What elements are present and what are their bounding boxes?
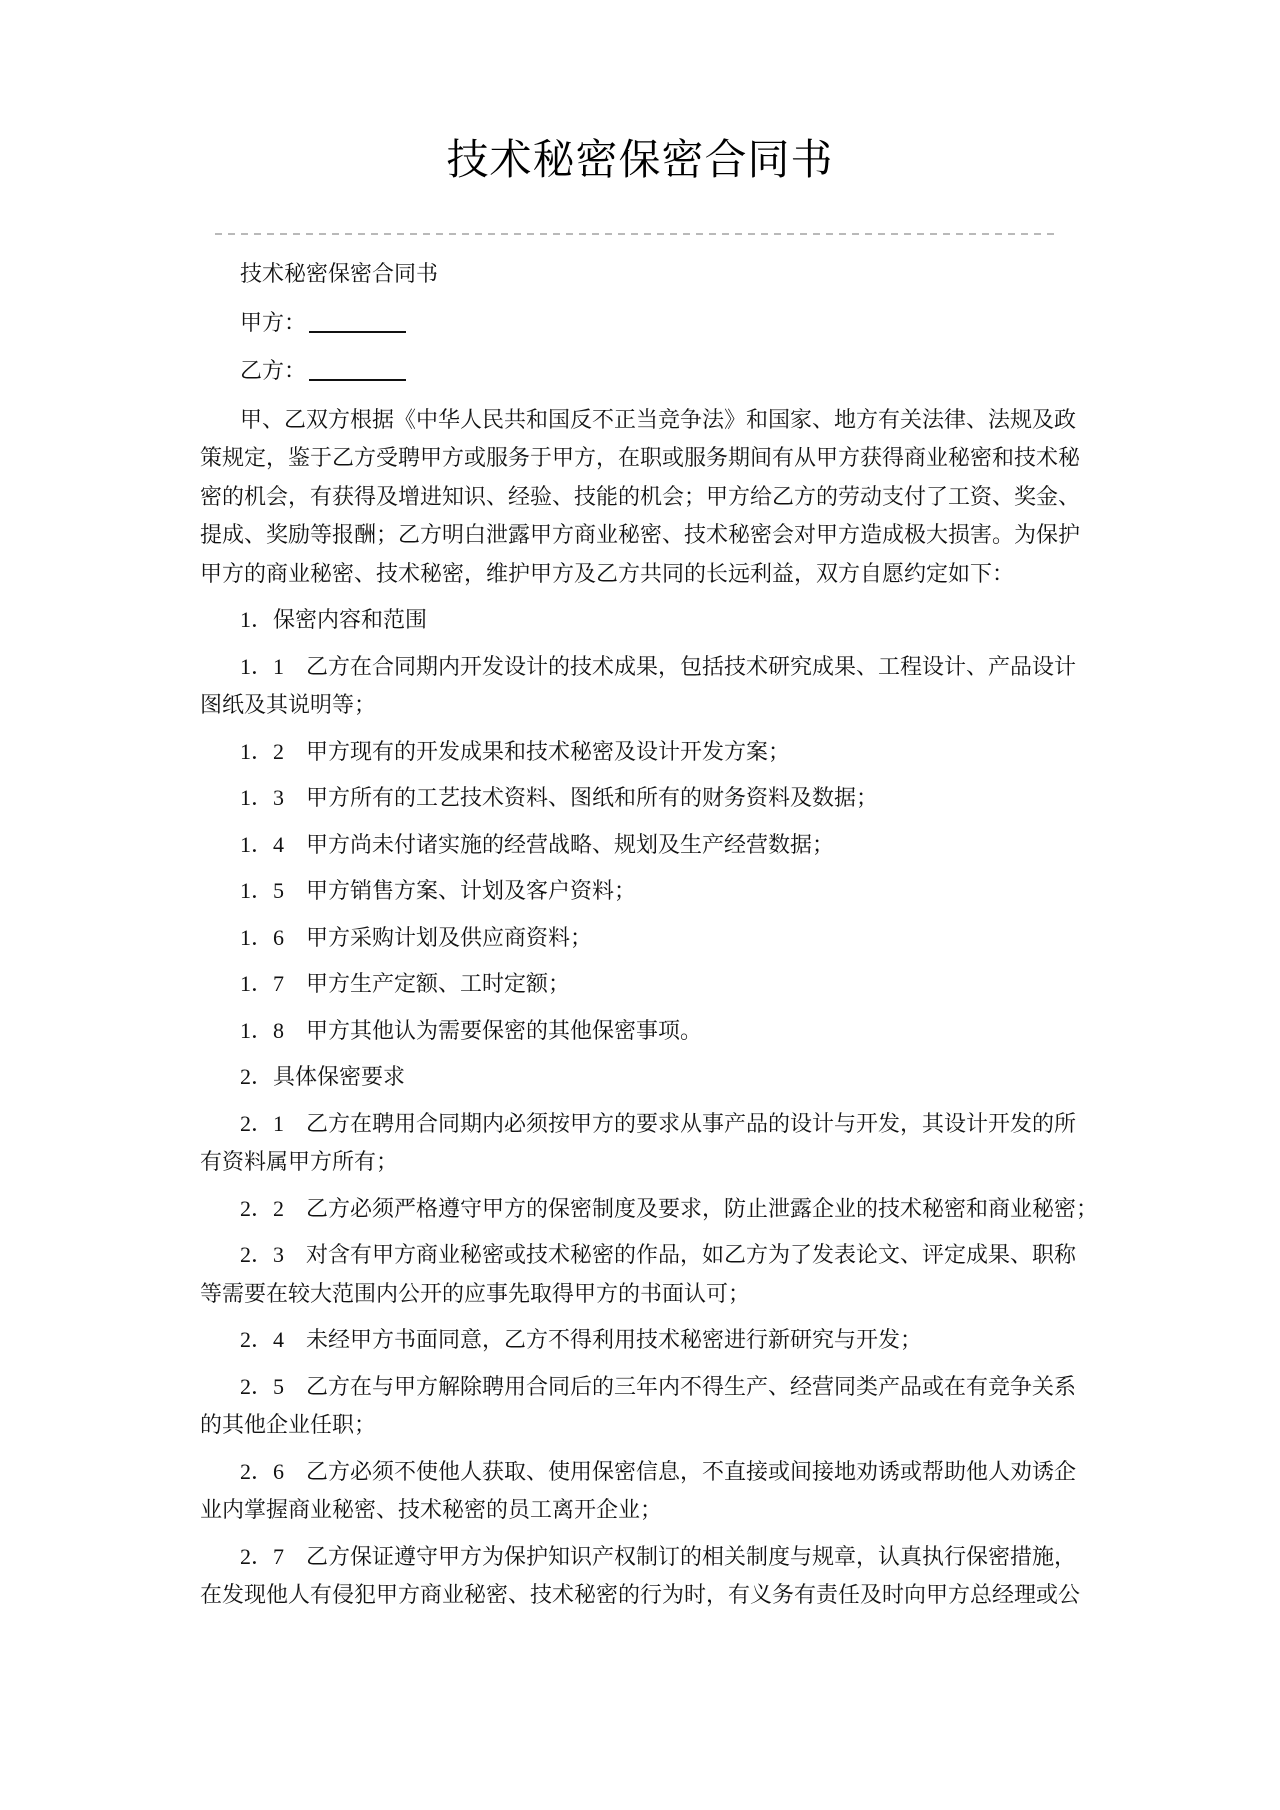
clause-1-5: 1．5 甲方销售方案、计划及客户资料； xyxy=(200,872,1180,911)
clause-1-4: 1．4 甲方尚未付诸实施的经营战略、规划及生产经营数据； xyxy=(200,826,1180,865)
document-title: 技术秘密保密合同书 xyxy=(0,130,1280,192)
party-b-line: 乙方： xyxy=(200,352,1180,391)
clause-1-2: 1．2 甲方现有的开发成果和技术秘密及设计开发方案； xyxy=(200,733,1180,772)
clause-2-3: 2．3 对含有甲方商业秘密或技术秘密的作品，如乙方为了发表论文、评定成果、职称 … xyxy=(200,1236,1180,1313)
document-body: 技术秘密保密合同书 甲方： 乙方： 甲、乙双方根据《中华人民共和国反不正当竞争法… xyxy=(200,235,1180,1615)
clause-1-3: 1．3 甲方所有的工艺技术资料、图纸和所有的财务资料及数据； xyxy=(200,779,1180,818)
clause-1-7: 1．7 甲方生产定额、工时定额； xyxy=(200,965,1180,1004)
document-subtitle: 技术秘密保密合同书 xyxy=(200,255,1180,294)
page: { "contract": { "title": "技术秘密保密合同书", "s… xyxy=(0,0,1280,1810)
party-a-line: 甲方： xyxy=(200,304,1180,343)
contract-document: 技术秘密保密合同书 技术秘密保密合同书 甲方： 乙方： 甲、乙双方根据《中华人民… xyxy=(0,0,1280,1615)
intro-paragraph: 甲、乙双方根据《中华人民共和国反不正当竞争法》和国家、地方有关法律、法规及政 策… xyxy=(200,401,1180,594)
party-a-label: 甲方： xyxy=(240,310,306,335)
clause-1-1: 1．1 乙方在合同期内开发设计的技术成果，包括技术研究成果、工程设计、产品设计 … xyxy=(200,648,1180,725)
clause-2-2: 2．2 乙方必须严格遵守甲方的保密制度及要求，防止泄露企业的技术秘密和商业秘密； xyxy=(200,1190,1180,1229)
clause-1-6: 1．6 甲方采购计划及供应商资料； xyxy=(200,919,1180,958)
section-2-heading: 2．具体保密要求 xyxy=(200,1058,1180,1097)
clause-2-6: 2．6 乙方必须不使他人获取、使用保密信息，不直接或间接地劝诱或帮助他人劝诱企 … xyxy=(200,1453,1180,1530)
clause-2-5: 2．5 乙方在与甲方解除聘用合同后的三年内不得生产、经营同类产品或在有竞争关系 … xyxy=(200,1368,1180,1445)
clause-2-7: 2．7 乙方保证遵守甲方为保护知识产权制订的相关制度与规章，认真执行保密措施， … xyxy=(200,1538,1180,1615)
party-b-blank-underline xyxy=(309,355,406,381)
party-a-blank-underline xyxy=(309,307,406,333)
party-b-label: 乙方： xyxy=(240,358,306,383)
clause-2-1: 2．1 乙方在聘用合同期内必须按甲方的要求从事产品的设计与开发，其设计开发的所 … xyxy=(200,1105,1180,1182)
clause-2-4: 2．4 未经甲方书面同意，乙方不得利用技术秘密进行新研究与开发； xyxy=(200,1321,1180,1360)
section-1-heading: 1．保密内容和范围 xyxy=(200,601,1180,640)
clause-1-8: 1．8 甲方其他认为需要保密的其他保密事项。 xyxy=(200,1012,1180,1051)
